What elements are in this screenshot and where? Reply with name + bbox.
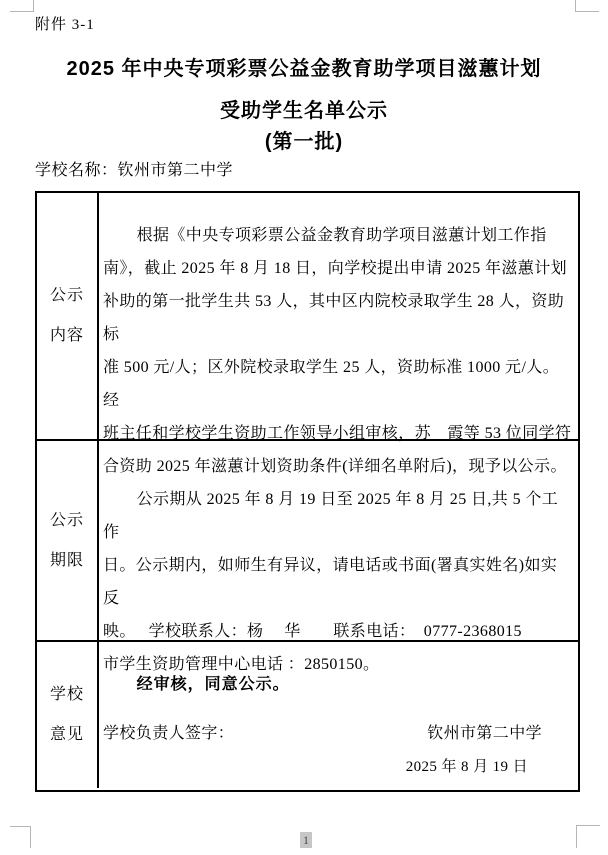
text-line: 准 500 元/人；区外院校录取学生 25 人，资助标准 1000 元/人。经 [103, 351, 572, 417]
page-number: 1 [300, 832, 312, 848]
document-page: { "page": { "attachment_label": "附件 3-1"… [0, 0, 608, 855]
text-line: 南》，截止 2025 年 8 月 18 日，向学校提出申请 2025 年滋蕙计划 [103, 252, 572, 285]
school-opinion-cell: 经审核，同意公示。 学校负责人签字： 钦州市第二中学 2025 年 8 月 19… [99, 642, 578, 788]
text-line: 根据《中央专项彩票公益金教育助学项目滋蕙计划工作指 [103, 219, 572, 252]
row-label-public-period: 公示 期限 [37, 441, 99, 640]
document-title-line-3: (第一批) [0, 125, 608, 154]
text-line: 公示期从 2025 年 8 月 19 日至 2025 年 8 月 25 日,共 … [103, 483, 572, 549]
row-label-line: 内容 [50, 316, 84, 356]
signature-row: 学校负责人签字： 钦州市第二中学 [103, 720, 572, 743]
row-label-line: 公示 [50, 501, 84, 541]
signature-date: 2025 年 8 月 19 日 [103, 755, 572, 776]
row-label-school-opinion: 学校 意见 [37, 642, 99, 788]
table-row-school-opinion: 学校 意见 经审核，同意公示。 学校负责人签字： 钦州市第二中学 2025 年 … [37, 642, 578, 788]
table-row-public-content: 公示 内容 根据《中央专项彩票公益金教育助学项目滋蕙计划工作指南》，截止 202… [37, 193, 578, 441]
crop-mark-top-left [10, 0, 34, 12]
notice-table: 公示 内容 根据《中央专项彩票公益金教育助学项目滋蕙计划工作指南》，截止 202… [35, 191, 580, 792]
row-label-line: 意见 [50, 715, 84, 755]
table-row-public-period: 公示 期限 公示期从 2025 年 8 月 19 日至 2025 年 8 月 2… [37, 441, 578, 642]
crop-mark-bottom-right [576, 825, 600, 848]
crop-mark-bottom-left [10, 826, 31, 848]
row-label-line: 公示 [50, 276, 84, 316]
public-content-cell: 根据《中央专项彩票公益金教育助学项目滋蕙计划工作指南》，截止 2025 年 8 … [99, 193, 578, 439]
document-title-line-1: 2025 年中央专项彩票公益金教育助学项目滋蕙计划 [0, 52, 608, 81]
text-line: 补助的第一批学生共 53 人，其中区内院校录取学生 28 人，资助标 [103, 285, 572, 351]
school-name-line: 学校名称：钦州市第二中学 [35, 157, 233, 180]
approval-statement: 经审核，同意公示。 [103, 671, 572, 694]
text-line: 日。公示期内，如师生有异议，请电话或书面(署真实姓名)如实反 [103, 549, 572, 615]
crop-mark-top-right [575, 0, 599, 12]
signature-label: 学校负责人签字： [103, 720, 234, 743]
document-title-line-2: 受助学生名单公示 [0, 94, 608, 123]
row-label-public-content: 公示 内容 [37, 193, 99, 439]
public-period-cell: 公示期从 2025 年 8 月 19 日至 2025 年 8 月 25 日,共 … [99, 441, 578, 640]
attachment-label: 附件 3-1 [35, 13, 95, 34]
school-signature: 钦州市第二中学 [427, 720, 572, 743]
public-content-text: 根据《中央专项彩票公益金教育助学项目滋蕙计划工作指南》，截止 2025 年 8 … [103, 193, 572, 483]
row-label-line: 期限 [50, 541, 84, 581]
row-label-line: 学校 [50, 675, 84, 715]
